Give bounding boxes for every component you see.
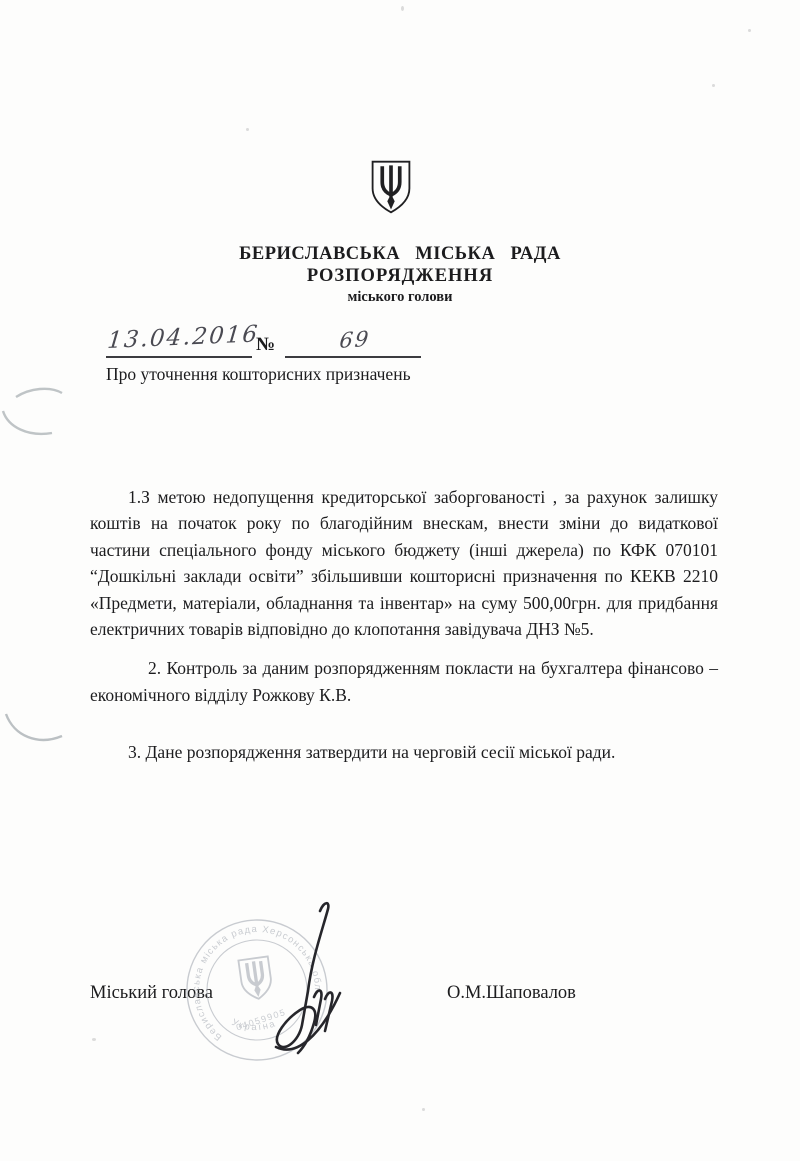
trident-emblem-icon (368, 158, 414, 216)
scan-curl-artifact-top (0, 383, 72, 445)
document-header: БЕРИСЛАВСЬКА МІСЬКА РАДА РОЗПОРЯДЖЕННЯ м… (0, 243, 800, 307)
paragraph-2: 2. Контроль за даним розпорядженням покл… (90, 655, 718, 708)
document-type-title: РОЗПОРЯДЖЕННЯ (0, 265, 800, 287)
scan-curl-artifact-bottom (0, 702, 70, 752)
scan-noise (401, 6, 404, 11)
handwritten-number: 69 (338, 324, 372, 356)
handwritten-date: 13.04.2016 (106, 319, 260, 356)
document-body: 1.З метою недопущення кредиторської забо… (90, 484, 718, 766)
scan-noise (246, 128, 249, 131)
date-underline: 13.04.2016 (106, 326, 252, 358)
paragraph-3: 3. Дане розпорядження затвердити на черг… (90, 739, 718, 765)
scan-noise (92, 1038, 96, 1041)
signatory-name: О.М.Шаповалов (447, 983, 576, 1004)
paragraph-1: 1.З метою недопущення кредиторської забо… (90, 484, 718, 642)
organization-name: БЕРИСЛАВСЬКА МІСЬКА РАДА (0, 243, 800, 265)
date-number-line: 13.04.2016 № 69 (106, 326, 421, 358)
scanned-document-page: БЕРИСЛАВСЬКА МІСЬКА РАДА РОЗПОРЯДЖЕННЯ м… (0, 0, 800, 1161)
scan-noise (712, 84, 715, 87)
issuer-subtitle: міського голови (0, 287, 800, 307)
subject-line: Про уточнення кошторисних призначень (106, 362, 411, 386)
handwritten-signature (262, 897, 362, 1065)
scan-noise (748, 29, 751, 32)
number-underline: 69 (285, 326, 421, 358)
scan-noise (422, 1108, 425, 1111)
number-sign: № (256, 334, 275, 355)
